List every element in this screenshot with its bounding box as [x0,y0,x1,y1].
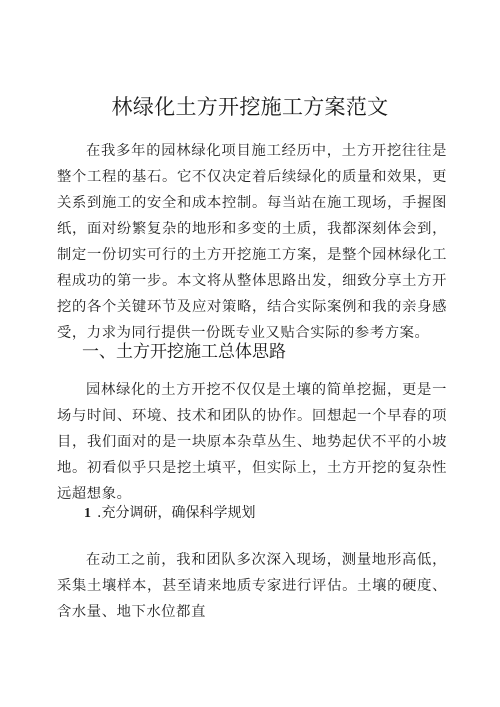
subsection-heading-1: 1.充分调研，确保科学规划 [84,503,255,524]
subsection-title: .充分调研，确保科学规划 [97,505,255,521]
document-page: 林绿化土方开挖施工方案范文 在我多年的园林绿化项目施工经历中，土方开挖往往是整个… [0,0,500,707]
subsection-1-paragraph: 在动工之前，我和团队多次深入现场，测量地形高低，采集土壤样本，甚至请来地质专家进… [57,547,447,625]
document-title: 林绿化土方开挖施工方案范文 [0,93,500,121]
section-heading-1: 一、土方开挖施工总体思路 [82,340,286,364]
intro-paragraph: 在我多年的园林绿化项目施工经历中，土方开挖往往是整个工程的基石。它不仅决定着后续… [57,138,447,346]
section-1-paragraph: 园林绿化的土方开挖不仅仅是土壤的简单挖掘，更是一场与时间、环境、技术和团队的协作… [57,377,447,507]
subsection-number: 1 [84,506,91,521]
